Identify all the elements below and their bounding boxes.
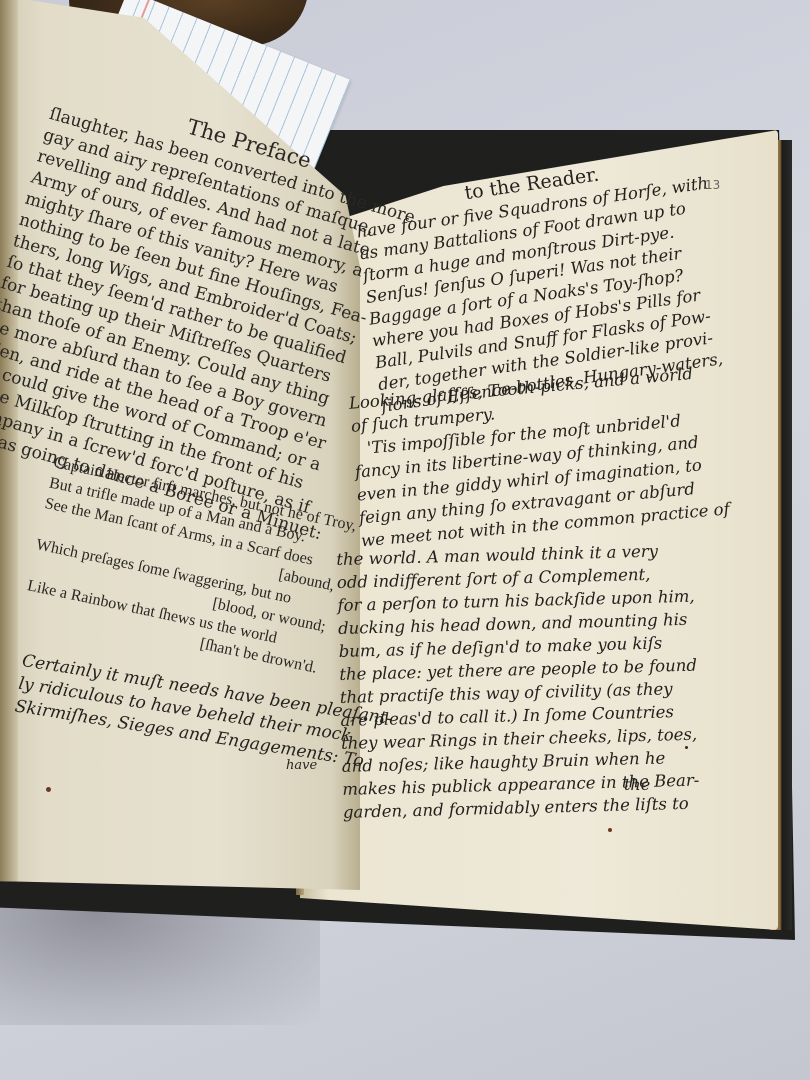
right-page-body-bottom: the world. A man would think it a very o… [336, 539, 673, 824]
foxing-spot [685, 746, 688, 749]
foxing-spot [46, 787, 51, 792]
right-catchword: the [624, 775, 650, 794]
right-page-body-middle: Looking-glaſſes, Tooth-picks, and a worl… [348, 363, 691, 552]
foxing-spot [608, 828, 612, 832]
photo-scene: The Preface ſlaughter, has been converte… [0, 0, 810, 1080]
left-catchword: have [286, 758, 317, 773]
